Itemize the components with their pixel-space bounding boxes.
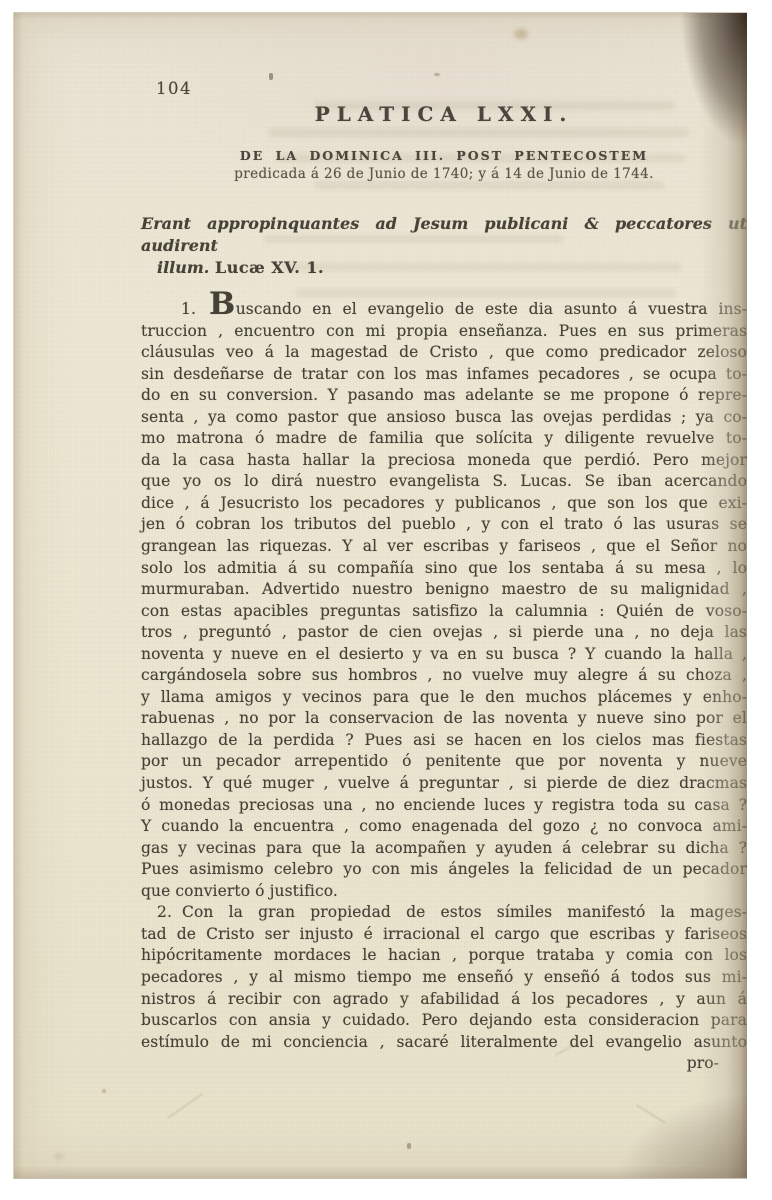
page-top-edge-shadow [14,13,747,20]
scratch-mark [167,1093,203,1119]
ink-speck [407,1143,411,1149]
bottom-right-corner-shadow [577,1058,747,1178]
scanned-book-photo: 104 PLATICA LXXI. DE LA DOMINICA III. PO… [0,0,772,1200]
scripture-reference: Lucæ XV. 1. [215,258,324,277]
foxing-spot [102,1089,106,1093]
ink-speck [269,73,273,80]
preached-dates: predicada á 26 de Junio de 1740; y á 14 … [141,166,747,182]
ink-speck [434,73,440,76]
catchword: pro- [141,1053,747,1075]
page-left-edge-shadow [14,13,23,1178]
show-through-smudge [269,128,689,137]
body-text: 1.Buscando en el evangelio de este dia a… [141,294,747,1075]
epigraph-line-2: illum. Lucæ XV. 1. [141,257,747,279]
epigraph-line-1: Erant appropinquantes ad Jesum publicani… [141,213,747,257]
paragraph-1: 1.Buscando en el evangelio de este dia a… [141,294,747,902]
drop-cap-initial: B [209,286,236,322]
epigraph-illum: illum. [157,258,209,277]
scratch-mark [636,1104,666,1124]
paper-stain [514,29,528,39]
paragraph-1-last-line: que convierto ó justifico. [141,881,747,903]
latin-epigraph: Erant appropinquantes ad Jesum publicani… [141,213,747,279]
paragraph-1-first-line-text: uscando en el evangelio de este dia asun… [236,300,747,318]
paragraph-2-lines: tad de Cristo ser injusto é irracional e… [141,924,747,1053]
platica-subtitle: DE LA DOMINICA III. POST PENTECOSTEM [141,148,747,163]
page-bottom-edge-shadow [14,1166,747,1178]
paragraph-1-lines: truccion , encuentro con mi propia enseñ… [141,321,747,881]
foxing-spot [54,1153,64,1160]
platica-title: PLATICA LXXI. [141,102,747,126]
paragraph-2: 2.Con la gran propiedad de estos símiles… [141,902,747,1053]
paragraph-1-first-line: 1.Buscando en el evangelio de este dia a… [141,294,747,321]
paragraph-number: 2. [141,903,172,921]
page-number: 104 [156,79,192,98]
paragraph-2-first-line: 2.Con la gran propiedad de estos símiles… [141,902,747,924]
paragraph-number: 1. [141,300,196,318]
book-page: 104 PLATICA LXXI. DE LA DOMINICA III. PO… [13,12,747,1179]
paragraph-2-first-line-text: Con la gran propiedad de estos símiles m… [182,903,747,921]
show-through-smudge [314,181,664,189]
